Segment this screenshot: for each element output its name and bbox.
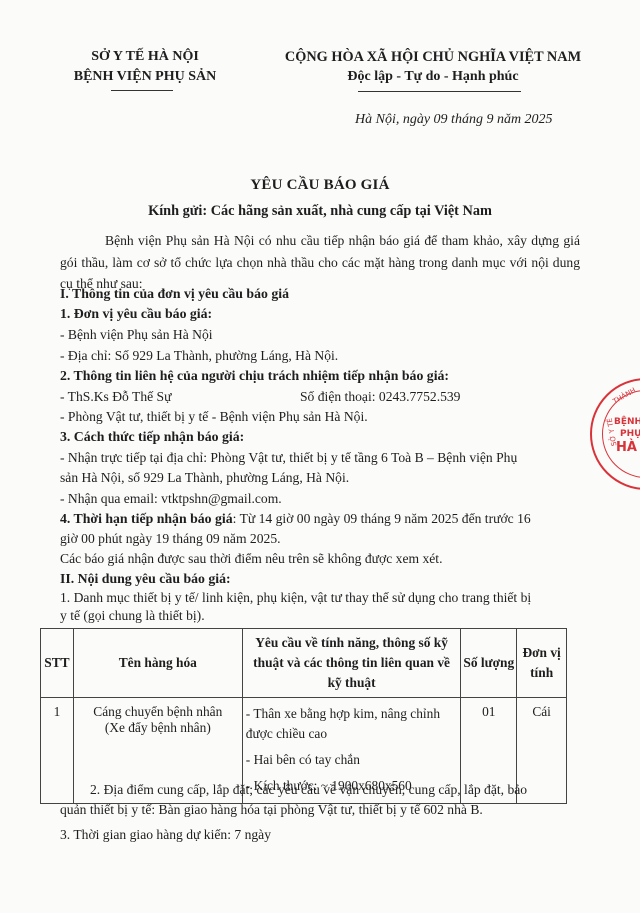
motto-underline <box>358 91 521 92</box>
stamp-line-1: BỆNH VIỆN <box>614 417 640 427</box>
section-2-heading: II. Nội dung yêu cầu báo giá: <box>60 571 231 587</box>
deadline-label: 4. Thời hạn tiếp nhận báo giá <box>60 511 233 526</box>
contact-person: - ThS.Ks Đỗ Thế Sự <box>60 389 171 405</box>
intro-paragraph: Bệnh viện Phụ sản Hà Nội có nhu cầu tiếp… <box>60 230 580 295</box>
method-heading: 3. Cách thức tiếp nhận báo giá: <box>60 429 244 445</box>
item-name: Cáng chuyển bệnh nhân <box>75 704 241 720</box>
contact-heading: 2. Thông tin liên hệ của người chịu trác… <box>60 368 449 384</box>
spec-item: - Hai bên có tay chắn <box>244 750 460 770</box>
method-direct: - Nhận trực tiếp tại địa chỉ: Phòng Vật … <box>60 450 517 466</box>
header-spec: Yêu cầu về tính năng, thông số kỹ thuật … <box>242 629 461 698</box>
stamp-line-3: HÀ NỘI <box>616 440 640 455</box>
header-qty: Số lượng <box>461 629 517 698</box>
contact-phone: Số điện thoại: 0243.7752.539 <box>300 389 460 405</box>
deadline-text: : Từ 14 giờ 00 ngày 09 tháng 9 năm 2025 … <box>233 511 531 526</box>
section-1-heading: I. Thông tin của đơn vị yêu cầu báo giá <box>60 286 289 302</box>
list-intro-cont: y tế (gọi chung là thiết bị). <box>60 608 205 624</box>
header-stt: STT <box>41 629 74 698</box>
org-name: BỆNH VIỆN PHỤ SẢN <box>55 67 235 87</box>
header-unit: Đơn vị tính <box>517 629 567 698</box>
items-table: STT Tên hàng hóa Yêu cầu về tính năng, t… <box>40 628 567 804</box>
table-header-row: STT Tên hàng hóa Yêu cầu về tính năng, t… <box>41 629 567 698</box>
contact-department: - Phòng Vật tư, thiết bị y tế - Bệnh việ… <box>60 409 368 425</box>
org-underline <box>111 90 173 91</box>
national-heading: CỘNG HÒA XÃ HỘI CHỦ NGHĨA VIỆT NAM Độc l… <box>258 47 608 87</box>
deadline: 4. Thời hạn tiếp nhận báo giá: Từ 14 giờ… <box>60 511 531 527</box>
unit-address: - Địa chỉ: Số 929 La Thành, phường Láng,… <box>60 348 338 364</box>
list-intro: 1. Danh mục thiết bị y tế/ linh kiện, ph… <box>60 590 531 606</box>
method-direct-cont: sản Hà Nội, số 929 La Thành, phường Láng… <box>60 470 349 486</box>
header-name: Tên hàng hóa <box>73 629 242 698</box>
national-motto: Độc lập - Tự do - Hạnh phúc <box>258 67 608 87</box>
place-date: Hà Nội, ngày 09 tháng 9 năm 2025 <box>355 112 553 128</box>
nation-name: CỘNG HÒA XÃ HỘI CHỦ NGHĨA VIỆT NAM <box>258 47 608 67</box>
org-parent: SỞ Y TẾ HÀ NỘI <box>55 47 235 67</box>
cell-stt: 1 <box>41 698 74 804</box>
issuing-organization: SỞ Y TẾ HÀ NỘI BỆNH VIỆN PHỤ SẢN <box>55 47 235 87</box>
delivery-time: 3. Thời gian giao hàng dự kiến: 7 ngày <box>60 827 271 843</box>
official-stamp: THÀNH SỞ Y TẾ BỆNH VIỆN PHỤ SẢN HÀ NỘI <box>590 378 640 490</box>
recipient-line: Kính gửi: Các hãng sản xuất, nhà cung cấ… <box>0 203 640 220</box>
document-title: YÊU CẦU BÁO GIÁ <box>0 177 640 194</box>
delivery-location-cont: quản thiết bị y tế: Bàn giao hàng hóa tạ… <box>60 802 483 818</box>
unit-heading: 1. Đơn vị yêu cầu báo giá: <box>60 306 212 322</box>
unit-name: - Bệnh viện Phụ sản Hà Nội <box>60 327 213 343</box>
method-email: - Nhận qua email: vtktpshn@gmail.com. <box>60 491 282 507</box>
late-note: Các báo giá nhận được sau thời điểm nêu … <box>60 551 442 567</box>
stamp-line-2: PHỤ SẢN <box>620 429 640 439</box>
delivery-location: 2. Địa điểm cung cấp, lắp đặt; các yêu c… <box>90 782 527 798</box>
deadline-cont: giờ 00 phút ngày 19 tháng 09 năm 2025. <box>60 531 281 547</box>
item-alt-name: (Xe đẩy bệnh nhân) <box>75 720 241 736</box>
spec-item: - Thân xe bằng hợp kim, nâng chỉnh được … <box>244 704 460 744</box>
